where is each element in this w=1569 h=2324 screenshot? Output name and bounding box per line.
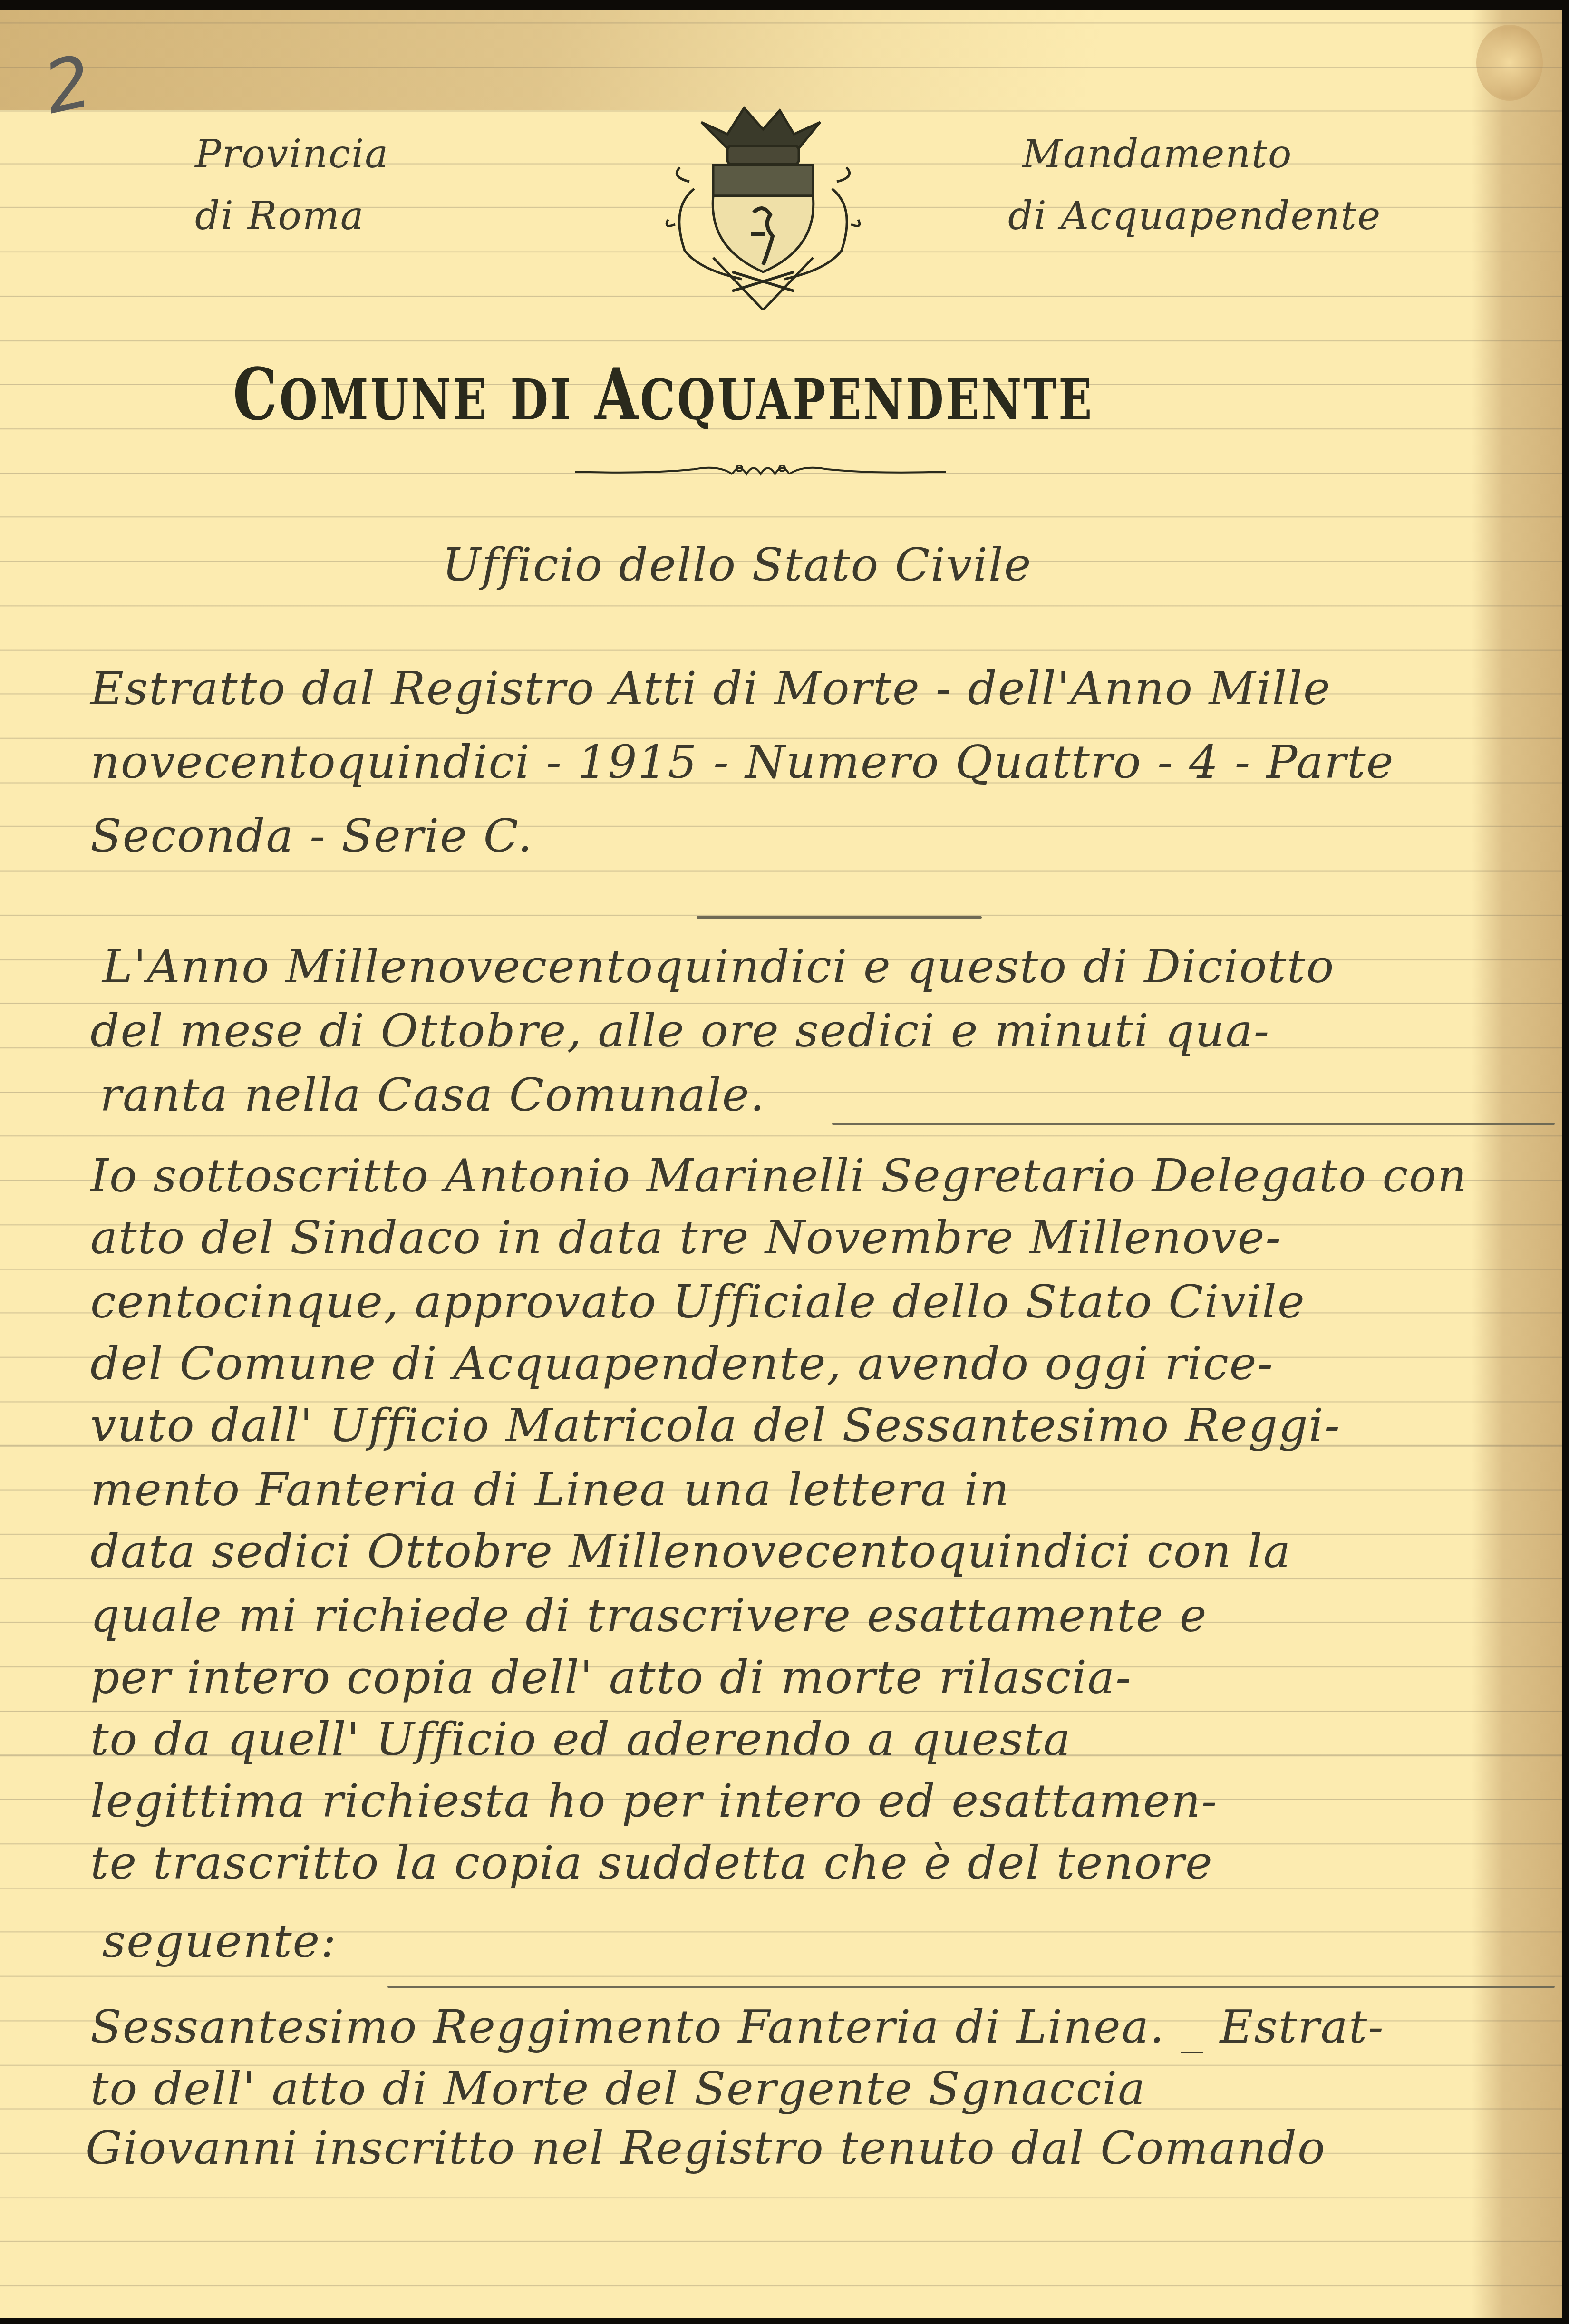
extract-line-2: novecentoquindici - 1915 - Numero Quattr…: [90, 736, 1394, 789]
body-line: atto del Sindaco in data tre Novembre Mi…: [90, 1211, 1282, 1264]
header-di-acquapendente: di Acquapendente: [1008, 194, 1381, 239]
document-page: 2 Provincia di Roma Mandamento di Acquap…: [0, 10, 1562, 2318]
body-line: te trascritto la copia suddetta che è de…: [90, 1836, 1213, 1889]
body-line: del mese di Ottobre, alle ore sedici e m…: [90, 1004, 1270, 1057]
body-line: mento Fanteria di Linea una lettera in: [90, 1463, 1010, 1516]
page-title: COMUNE DI ACQUAPENDENTE: [233, 353, 1064, 436]
body-line: per intero copia dell' atto di morte ril…: [90, 1651, 1132, 1704]
body-line: legittima richiesta ho per intero ed esa…: [90, 1774, 1218, 1828]
body-line: Io sottoscritto Antonio Marinelli Segret…: [90, 1149, 1468, 1202]
office-heading: Ufficio dello Stato Civile: [442, 538, 1032, 591]
body-line: centocinque, approvato Ufficiale dello S…: [90, 1275, 1306, 1328]
body-line: quale mi richiede di trascrivere esattam…: [90, 1589, 1208, 1642]
body-line: L'Anno Millenovecentoquindici e questo d…: [102, 940, 1335, 993]
header-provincia: Provincia: [195, 132, 389, 177]
body-line: to da quell' Ufficio ed aderendo a quest…: [90, 1713, 1071, 1766]
body-line: data sedici Ottobre Millenovecentoquindi…: [90, 1525, 1291, 1578]
body-line: del Comune di Acquapendente, avendo oggi…: [90, 1337, 1274, 1390]
body-line: Sessantesimo Reggimento Fanteria di Line…: [90, 2000, 1385, 2053]
coat-of-arms-icon: [656, 101, 870, 310]
body-line: seguente:: [102, 1915, 337, 1968]
extract-line-3: Seconda - Serie C.: [90, 809, 533, 862]
header-mandamento: Mandamento: [1022, 132, 1292, 177]
extract-line-1: Estratto dal Registro Atti di Morte - de…: [90, 662, 1331, 715]
body-line: to dell' atto di Morte del Sergente Sgna…: [90, 2062, 1146, 2115]
body-line: vuto dall' Ufficio Matricola del Sessant…: [90, 1399, 1341, 1452]
separator-line: [697, 916, 982, 919]
body-line: ranta nella Casa Comunale.: [100, 1068, 765, 1122]
ornament-divider-icon: [575, 460, 946, 484]
header-di-roma: di Roma: [195, 194, 365, 239]
fill-line: [832, 1123, 1555, 1125]
fill-line: [387, 1986, 1555, 1988]
body-line: Giovanni inscritto nel Registro tenuto d…: [86, 2121, 1326, 2175]
